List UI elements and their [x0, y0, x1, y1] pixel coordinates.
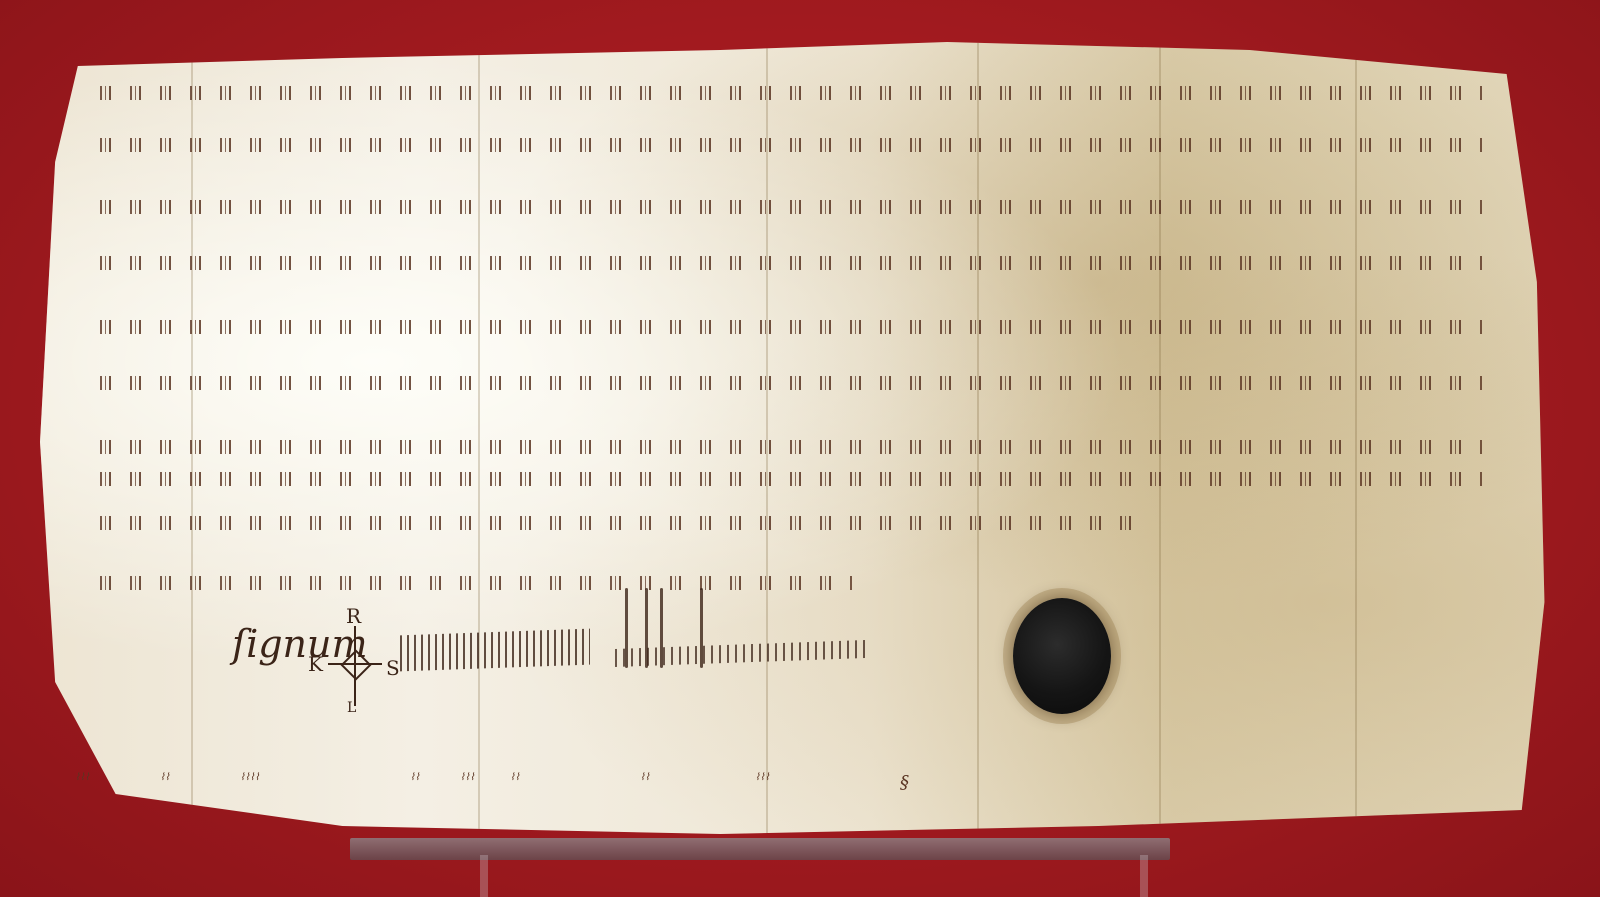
witness-mark: ⌇⌇	[160, 772, 170, 783]
script-line	[100, 568, 852, 592]
witness-mark: ⌇⌇⌇	[460, 772, 475, 783]
script-line	[100, 192, 1482, 216]
script-line	[100, 368, 1482, 392]
monogram-letter-top: R	[346, 604, 361, 628]
recognition-ascender	[700, 588, 703, 668]
monogram-letter-bottom: L	[347, 700, 356, 716]
recognition-ascender	[645, 588, 648, 668]
witness-mark: ⌇⌇⌇	[755, 772, 770, 783]
script-line	[100, 508, 1132, 532]
script-line	[100, 312, 1482, 336]
witness-mark: ⌇⌇	[510, 772, 520, 783]
script-line	[100, 464, 1482, 488]
parchment-charter	[40, 42, 1552, 842]
shelf-leg	[480, 855, 488, 897]
script-line	[100, 432, 1482, 456]
royal-monogram: R K S L	[300, 608, 410, 718]
shelf-leg	[1140, 855, 1148, 897]
monogram-lozenge	[340, 649, 371, 680]
monogram-letter-right: S	[386, 656, 400, 680]
script-line	[100, 248, 1482, 272]
recognition-ascender	[625, 588, 628, 668]
witness-mark: ⌇⌇	[410, 772, 420, 783]
subscription-line	[400, 629, 590, 672]
monogram-letter-left: K	[308, 652, 323, 676]
witness-mark: ⌇⌇	[640, 772, 650, 783]
display-shelf	[350, 838, 1170, 860]
witness-mark: §	[900, 772, 909, 793]
recognition-ascender	[660, 588, 663, 668]
wax-seal	[1013, 598, 1111, 714]
witness-mark: ⌇⌇⌇⌇	[240, 772, 260, 783]
script-line	[100, 78, 1482, 102]
script-line	[100, 130, 1482, 154]
witness-mark: ⌇⌇⌇	[75, 772, 90, 783]
